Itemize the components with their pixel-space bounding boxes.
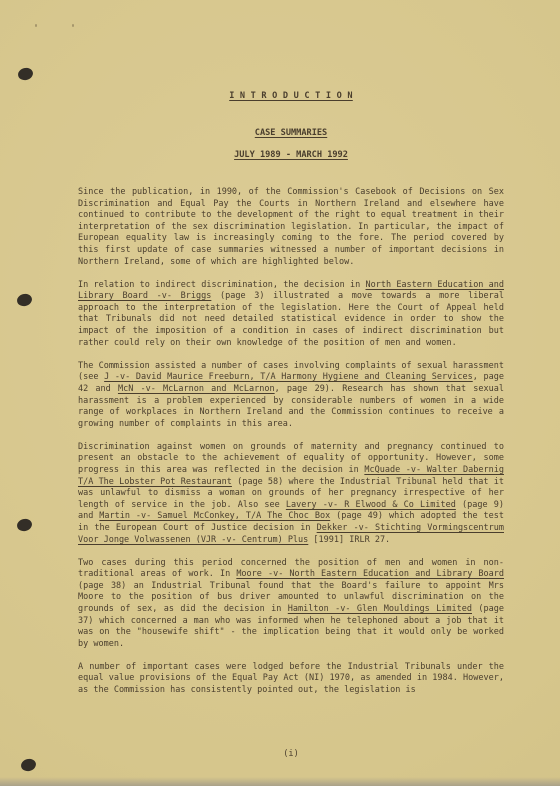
document-heading: I N T R O D U C T I O N CASE SUMMARIES J… (78, 90, 504, 161)
paragraph-sexual-harassment: The Commission assisted a number of case… (78, 361, 504, 431)
case-citation: Lavery -v- R Elwood & Co Limited (286, 500, 456, 510)
case-citation: Martin -v- Samuel McConkey, T/A The Choc… (99, 511, 330, 521)
punch-hole-dot (16, 292, 33, 307)
page-number: (i) (78, 749, 504, 759)
document-body: Since the publication, in 1990, of the C… (78, 187, 504, 697)
paragraph-intro: Since the publication, in 1990, of the C… (78, 187, 504, 268)
scan-speck (72, 24, 74, 27)
paragraph-equal-value: A number of important cases were lodged … (78, 662, 504, 697)
scan-speck (35, 24, 37, 27)
case-citation: J -v- David Maurice Freeburn, T/A Harmon… (104, 372, 473, 382)
case-citation: McN -v- McLarnon and McLarnon (118, 384, 275, 394)
document-subtitle: CASE SUMMARIES (78, 127, 504, 139)
document-date-range: JULY 1989 - MARCH 1992 (78, 149, 504, 161)
scanned-document-page: I N T R O D U C T I O N CASE SUMMARIES J… (0, 0, 560, 786)
paragraph-maternity-pregnancy: Discrimination against women on grounds … (78, 442, 504, 546)
paragraph-non-traditional-work: Two cases during this period concerned t… (78, 558, 504, 651)
punch-hole-dot (20, 757, 37, 772)
document-title: I N T R O D U C T I O N (78, 90, 504, 102)
punch-hole-dot (16, 517, 33, 532)
case-citation: Moore -v- North Eastern Education and Li… (236, 569, 504, 579)
paragraph-indirect-discrimination: In relation to indirect discrimination, … (78, 280, 504, 350)
punch-hole-dot (17, 66, 34, 81)
case-citation: Hamilton -v- Glen Mouldings Limited (288, 604, 472, 614)
document-content: I N T R O D U C T I O N CASE SUMMARIES J… (78, 0, 504, 708)
